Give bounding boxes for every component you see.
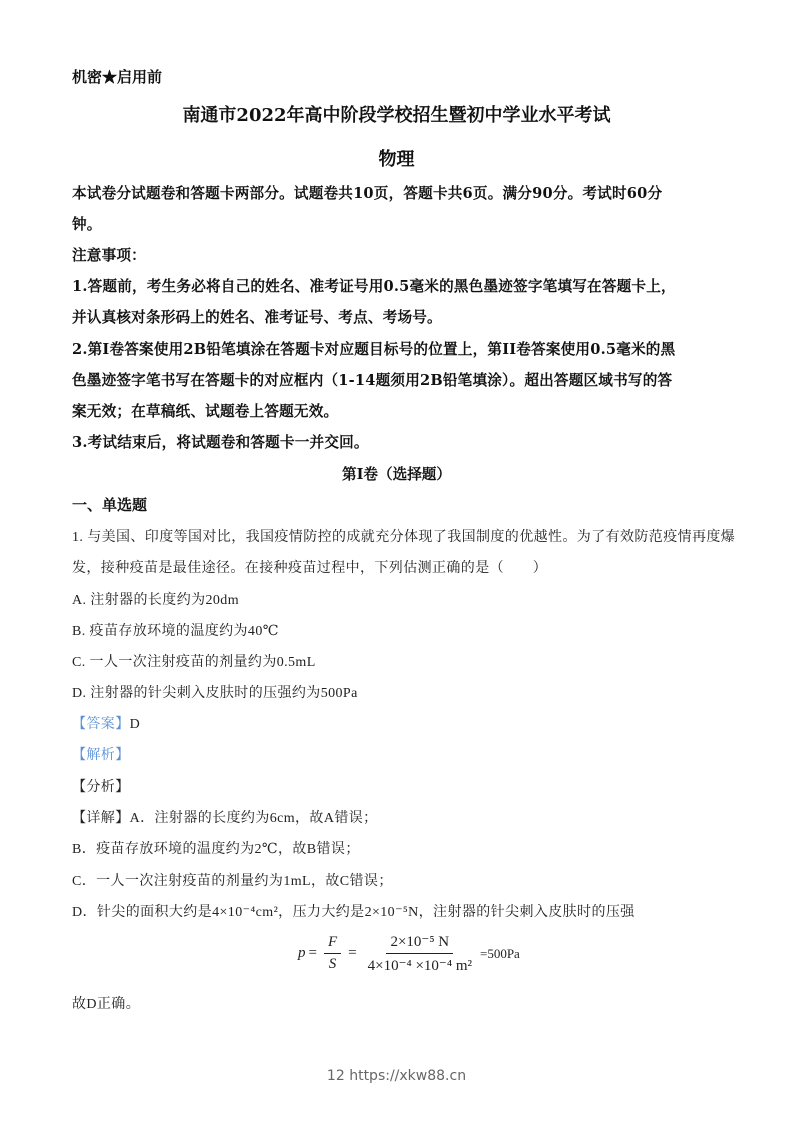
detail-line: C．一人一次注射疫苗的剂量约为1mL，故C错误； (72, 870, 393, 890)
subject-title: 物理 (0, 145, 793, 171)
notes-line: 3.考试结束后，将试题卷和答题卡一并交回。 (72, 431, 369, 452)
notes-heading: 注意事项： (72, 244, 146, 265)
notes-line: 1.答题前，考生务必将自己的姓名、准考证号用0.5毫米的黑色墨迹签字笔填写在答题… (72, 275, 676, 296)
intro-line-1: 本试卷分试题卷和答题卡两部分。试题卷共10页，答题卡共6页。满分90分。考试时6… (72, 182, 662, 203)
notes-line: 2.第I卷答案使用2B铅笔填涂在答题卡对应题目标号的位置上，第II卷答案使用0.… (72, 338, 675, 359)
footer-url[interactable]: https://xkw88.cn (349, 1068, 466, 1084)
detail-line: B．疫苗存放环境的温度约为2℃，故B错误； (72, 838, 360, 858)
intro-line-2: 钟。 (72, 213, 102, 234)
page-footer: 12 https://xkw88.cn (0, 1068, 793, 1084)
option-b: B. 疫苗存放环境的温度约为40℃ (72, 620, 279, 640)
option-c: C. 一人一次注射疫苗的剂量约为0.5mL (72, 651, 316, 671)
detail-line: D．针尖的面积大约是4×10⁻⁴cm²，压力大约是2×10⁻⁵N，注射器的针尖刺… (72, 901, 635, 921)
answer-tag: 【答案】 (72, 717, 130, 732)
confidential-label: 机密★启用前 (72, 66, 162, 87)
question-stem-line-2: 发，接种疫苗是最佳途径。在接种疫苗过程中，下列估测正确的是（ ） (72, 557, 547, 577)
detail-text: A．注射器的长度约为6cm，故A错误； (130, 811, 378, 826)
detail-line: 【详解】A．注射器的长度约为6cm，故A错误； (72, 807, 378, 827)
fraction-numerator: F (324, 934, 341, 954)
formula-fraction-fs: F S (324, 934, 341, 973)
fraction-denominator: 4×10⁻⁴ ×10⁻⁴ m² (364, 954, 476, 975)
answer-line: 【答案】D (72, 713, 140, 733)
formula-fraction-values: 2×10⁻⁵ N 4×10⁻⁴ ×10⁻⁴ m² (364, 932, 476, 975)
page-number: 12 (327, 1068, 345, 1084)
option-a: A. 注射器的长度约为20dm (72, 589, 239, 609)
part-title: 一、单选题 (72, 494, 147, 515)
formula-lhs: p (298, 945, 306, 962)
fraction-numerator: 2×10⁻⁵ N (386, 932, 453, 954)
detail-tag: 【详解】 (72, 811, 130, 826)
formula-result: =500Pa (480, 946, 520, 962)
notes-line: 色墨迹签字笔书写在答题卡的对应框内（1-14题须用2B铅笔填涂）。超出答题区域书… (72, 369, 672, 390)
analysis-tag: 【解析】 (72, 744, 130, 764)
question-stem-line-1: 1. 与美国、印度等国对比，我国疫情防控的成就充分体现了我国制度的优越性。为了有… (72, 526, 735, 546)
exam-title: 南通市2022年高中阶段学校招生暨初中学业水平考试 (0, 101, 793, 127)
option-d: D. 注射器的针尖刺入皮肤时的压强约为500Pa (72, 682, 358, 702)
pressure-formula: p = F S = 2×10⁻⁵ N 4×10⁻⁴ ×10⁻⁴ m² =500P… (298, 932, 520, 975)
answer-value: D (130, 717, 141, 732)
volume-title: 第I卷（选择题） (0, 463, 793, 484)
notes-line: 案无效；在草稿纸、试题卷上答题无效。 (72, 400, 338, 421)
fenxi-tag: 【分析】 (72, 776, 130, 796)
fraction-denominator: S (325, 954, 341, 973)
notes-line: 并认真核对条形码上的姓名、准考证号、考点、考场号。 (72, 306, 442, 327)
conclusion: 故D正确。 (72, 993, 140, 1013)
document-page: 机密★启用前 南通市2022年高中阶段学校招生暨初中学业水平考试 物理 本试卷分… (0, 0, 793, 1122)
